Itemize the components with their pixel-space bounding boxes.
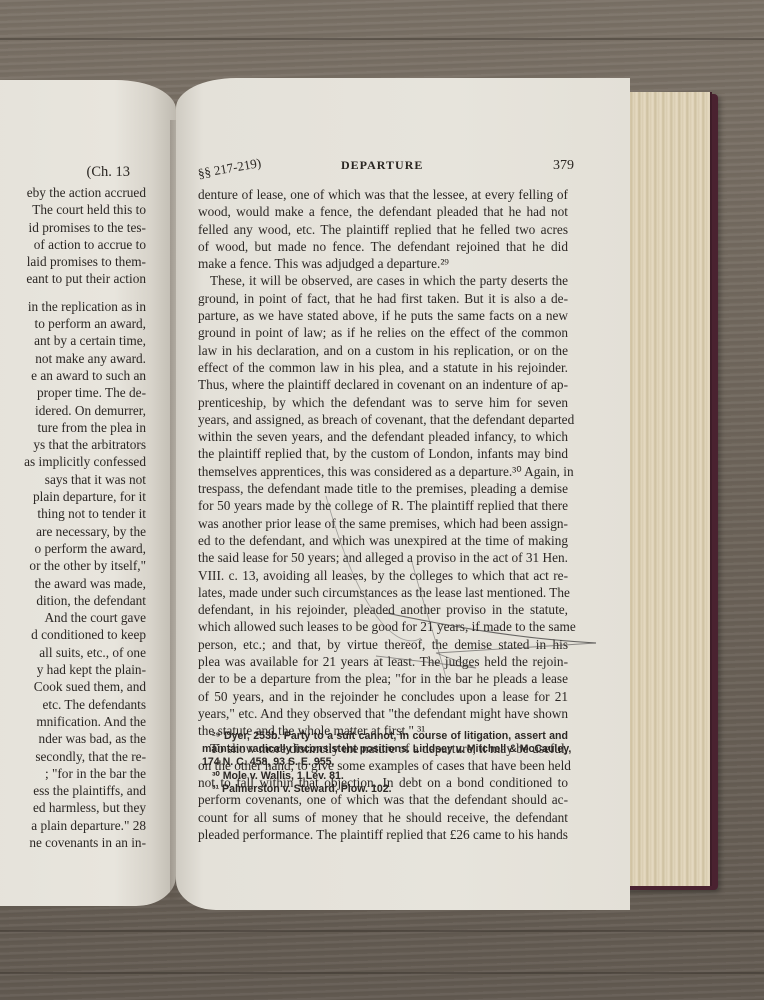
section-reference: §§ 217-219) [197, 155, 263, 182]
left-page-body: eby the action accrued The court held th… [0, 184, 146, 851]
text-line: e an award to such an [0, 367, 146, 384]
text-line: proper time. The de- [0, 384, 146, 401]
left-page: (Ch. 13 eby the action accrued The court… [0, 80, 176, 906]
paragraph-gap [0, 288, 146, 298]
wood-grain-line [0, 38, 764, 40]
text-line: which allowed such leases to be good for… [198, 618, 568, 635]
text-line: parture, as we have stated above, if he … [198, 307, 568, 324]
wood-grain-line [0, 930, 764, 932]
footnote-30: ³⁰ Mole v. Wallis, 1 Lev. 81. [202, 770, 568, 783]
text-line: count for all sums of money that he shou… [198, 809, 568, 826]
footnote-31: ³¹ Palmerston v. Steward, Plow. 102. [202, 783, 568, 796]
text-line: make a fence. This was adjudged a depart… [198, 255, 568, 272]
text-line: der to be a departure from the plea; "fo… [198, 670, 568, 687]
text-line: secondly, that the re- [0, 748, 146, 765]
text-line: denture of lease, one of which was that … [198, 186, 568, 203]
text-line: not make any award. [0, 350, 146, 367]
text-line: years," etc. And they observed that "the… [198, 705, 568, 722]
text-line: or the other by itself," [0, 557, 146, 574]
text-line: id promises to the tes- [0, 219, 146, 236]
text-line: wood, would make a fence, the defendant … [198, 203, 568, 220]
text-line: pleaded performance. The plaintiff repli… [198, 826, 568, 843]
text-line: idered. On demurrer, [0, 402, 146, 419]
text-line: y had kept the plain- [0, 661, 146, 678]
text-line: are necessary, by the [0, 523, 146, 540]
text-line: eant to put their action [0, 270, 146, 287]
text-line: to perform an award, [0, 315, 146, 332]
text-line: trespass, the defendant made title to th… [198, 480, 568, 497]
text-line: VIII. c. 13, avoiding all leases, by the… [198, 567, 568, 584]
text-line: says that it was not [0, 471, 146, 488]
running-title: DEPARTURE [341, 158, 423, 173]
text-line: person, etc.; and that, by virtue thereo… [198, 636, 568, 653]
text-line: plea was available for 21 years at least… [198, 653, 568, 670]
text-line: of action to accrue to [0, 236, 146, 253]
text-line: thing not to tender it [0, 505, 146, 522]
footnote-29-cont: 174 N. C. 458, 93 S. E. 955. [202, 756, 568, 769]
text-line: the plaintiff replied that, by the custo… [198, 445, 568, 462]
text-line: ; "for in the bar the [0, 765, 146, 782]
text-line: ture from the plea in [0, 419, 146, 436]
text-line: plain departure, for it [0, 488, 146, 505]
text-line: ground in point of law; as if he relies … [198, 324, 568, 341]
text-line: within the seven years, and the defendan… [198, 428, 568, 445]
text-line: of wood, but made no fence. The defendan… [198, 238, 568, 255]
text-line: laid promises to them- [0, 253, 146, 270]
footnote-29-cont: maintain radically inconsistent position… [202, 743, 568, 756]
text-line: law in his declaration, and on a custom … [198, 342, 568, 359]
text-line: all suits, etc., of one [0, 644, 146, 661]
text-line: dition, the defendant [0, 592, 146, 609]
text-line: d conditioned to keep [0, 626, 146, 643]
text-line: as implicitly confessed [0, 453, 146, 470]
footnotes: ²⁹ Dyer, 253b. Party to a suit cannot, i… [202, 730, 568, 796]
text-line: was another prior lease of the same prem… [198, 515, 568, 532]
text-line: in the replication as in [0, 298, 146, 315]
text-line: years, and assigned, as breach of covena… [198, 411, 568, 428]
right-page: §§ 217-219) DEPARTURE 379 denture of lea… [176, 78, 630, 910]
text-line: Cook sued them, and [0, 678, 146, 695]
text-line: etc. The defendants [0, 696, 146, 713]
text-line: the award was made, [0, 575, 146, 592]
text-line: ess the plaintiffs, and [0, 782, 146, 799]
text-line: prenticeship, by which the defendant was… [198, 394, 568, 411]
text-line: for 50 years made by the college of R. T… [198, 497, 568, 514]
text-line: o perform the award, [0, 540, 146, 557]
text-line: The court held this to [0, 201, 146, 218]
text-line: These, it will be observed, are cases in… [198, 272, 568, 289]
text-line: ed harmless, but they [0, 799, 146, 816]
footnote-29: ²⁹ Dyer, 253b. Party to a suit cannot, i… [202, 730, 568, 743]
left-page-chapter-header: (Ch. 13 [87, 164, 131, 181]
text-line: ne covenants in an in- [0, 834, 146, 851]
text-line: ant by a certain time, [0, 332, 146, 349]
text-line: effect of the common law in his plea, an… [198, 359, 568, 376]
text-line: ground, in point of fact, that he had fi… [198, 290, 568, 307]
text-line: felled any wood, etc. The plaintiff repl… [198, 221, 568, 238]
text-line: ed to the defendant, and which was unexp… [198, 532, 568, 549]
wood-grain-line [0, 972, 764, 974]
text-line: ys that the arbitrators [0, 436, 146, 453]
text-line: nder was bad, as the [0, 730, 146, 747]
text-line: And the court gave [0, 609, 146, 626]
text-line: of 50 years, and in the rejoinder he con… [198, 688, 568, 705]
text-line: lates, made under such circumstances as … [198, 584, 568, 601]
text-line: eby the action accrued [0, 184, 146, 201]
text-line: themselves apprentices, this was conside… [198, 463, 568, 480]
text-line: mnification. And the [0, 713, 146, 730]
running-header: §§ 217-219) DEPARTURE 379 [198, 158, 568, 182]
text-line: the said lease for 50 years; and alleged… [198, 549, 568, 566]
page-number: 379 [553, 158, 574, 174]
text-line: defendant, in his rejoinder, pleaded ano… [198, 601, 568, 618]
text-line: Thus, where the plaintiff declared in co… [198, 376, 568, 393]
text-line: a plain departure." 28 [0, 817, 146, 834]
